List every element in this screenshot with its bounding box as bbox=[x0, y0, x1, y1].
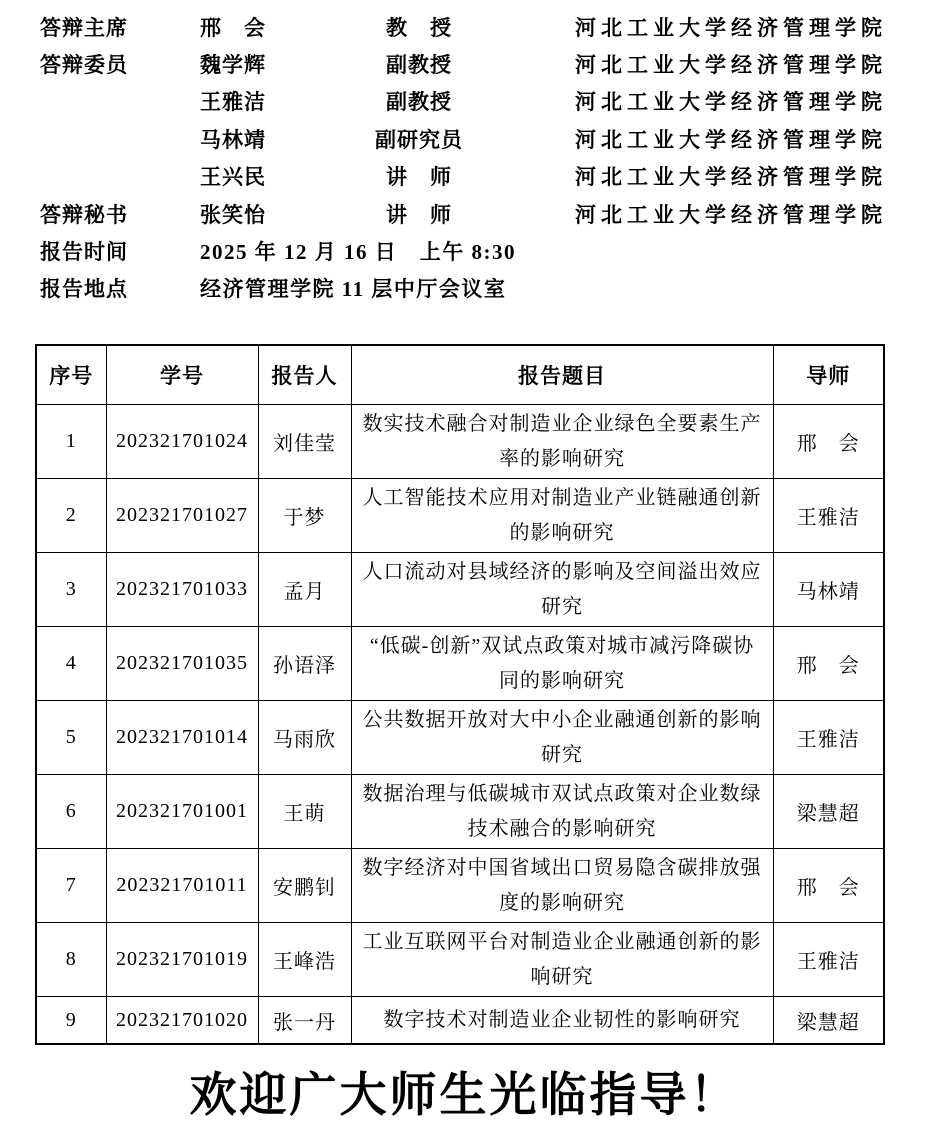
cell-presenter: 张一丹 bbox=[258, 997, 351, 1045]
member-title: 副教授 bbox=[363, 86, 475, 116]
location-value: 经济管理学院 11 层中厅会议室 bbox=[200, 273, 929, 303]
table-row: 8 202321701019 王峰浩 工业互联网平台对制造业企业融通创新的影响研… bbox=[36, 923, 884, 997]
defense-info-section: 答辩主席 邢 会 教 授 河北工业大学经济管理学院 答辩委员 魏学辉 副教授 河… bbox=[0, 0, 929, 307]
cell-advisor: 王雅洁 bbox=[773, 923, 884, 997]
cell-seq: 2 bbox=[36, 479, 106, 553]
cell-advisor: 梁慧超 bbox=[773, 775, 884, 849]
member-title: 副研究员 bbox=[363, 124, 475, 154]
info-row-member: 王兴民 讲 师 河北工业大学经济管理学院 bbox=[40, 158, 929, 195]
cell-seq: 5 bbox=[36, 701, 106, 775]
welcome-message: 欢迎广大师生光临指导！ bbox=[0, 1065, 929, 1125]
member-title: 副教授 bbox=[363, 49, 475, 79]
header-seq: 序号 bbox=[36, 345, 106, 405]
cell-presenter: 王萌 bbox=[258, 775, 351, 849]
cell-presenter: 于梦 bbox=[258, 479, 351, 553]
chair-org: 河北工业大学经济管理学院 bbox=[475, 12, 929, 42]
table-row: 7 202321701011 安鹏钊 数字经济对中国省域出口贸易隐含碳排放强度的… bbox=[36, 849, 884, 923]
cell-topic: “低碳-创新”双试点政策对城市减污降碳协同的影响研究 bbox=[351, 627, 773, 701]
cell-topic: 数据治理与低碳城市双试点政策对企业数绿技术融合的影响研究 bbox=[351, 775, 773, 849]
cell-student-id: 202321701014 bbox=[106, 701, 258, 775]
defense-announcement-page: 答辩主席 邢 会 教 授 河北工业大学经济管理学院 答辩委员 魏学辉 副教授 河… bbox=[0, 0, 929, 1146]
cell-topic: 数实技术融合对制造业企业绿色全要素生产率的影响研究 bbox=[351, 405, 773, 479]
secretary-label: 答辩秘书 bbox=[40, 199, 200, 229]
cell-seq: 6 bbox=[36, 775, 106, 849]
table-row: 1 202321701024 刘佳莹 数实技术融合对制造业企业绿色全要素生产率的… bbox=[36, 405, 884, 479]
cell-presenter: 王峰浩 bbox=[258, 923, 351, 997]
cell-seq: 3 bbox=[36, 553, 106, 627]
table-row: 4 202321701035 孙语泽 “低碳-创新”双试点政策对城市减污降碳协同… bbox=[36, 627, 884, 701]
cell-seq: 7 bbox=[36, 849, 106, 923]
cell-topic: 人工智能技术应用对制造业产业链融通创新的影响研究 bbox=[351, 479, 773, 553]
cell-presenter: 马雨欣 bbox=[258, 701, 351, 775]
info-row-member: 马林靖 副研究员 河北工业大学经济管理学院 bbox=[40, 120, 929, 157]
member-name: 马林靖 bbox=[200, 124, 363, 154]
table-header-row: 序号 学号 报告人 报告题目 导师 bbox=[36, 345, 884, 405]
cell-student-id: 202321701019 bbox=[106, 923, 258, 997]
header-student-id: 学号 bbox=[106, 345, 258, 405]
cell-topic: 公共数据开放对大中小企业融通创新的影响研究 bbox=[351, 701, 773, 775]
cell-seq: 8 bbox=[36, 923, 106, 997]
info-row-chair: 答辩主席 邢 会 教 授 河北工业大学经济管理学院 bbox=[40, 8, 929, 45]
cell-topic: 数字经济对中国省域出口贸易隐含碳排放强度的影响研究 bbox=[351, 849, 773, 923]
cell-student-id: 202321701011 bbox=[106, 849, 258, 923]
cell-student-id: 202321701035 bbox=[106, 627, 258, 701]
info-row-member: 王雅洁 副教授 河北工业大学经济管理学院 bbox=[40, 83, 929, 120]
header-topic: 报告题目 bbox=[351, 345, 773, 405]
cell-student-id: 202321701001 bbox=[106, 775, 258, 849]
member-label: 答辩委员 bbox=[40, 49, 200, 79]
defense-schedule-table: 序号 学号 报告人 报告题目 导师 1 202321701024 刘佳莹 数实技… bbox=[35, 344, 885, 1045]
cell-seq: 4 bbox=[36, 627, 106, 701]
cell-advisor: 邢 会 bbox=[773, 849, 884, 923]
chair-label: 答辩主席 bbox=[40, 12, 200, 42]
member-org: 河北工业大学经济管理学院 bbox=[475, 161, 929, 191]
info-row-member: 答辩委员 魏学辉 副教授 河北工业大学经济管理学院 bbox=[40, 45, 929, 82]
cell-topic: 数字技术对制造业企业韧性的影响研究 bbox=[351, 997, 773, 1045]
cell-advisor: 梁慧超 bbox=[773, 997, 884, 1045]
member-org: 河北工业大学经济管理学院 bbox=[475, 49, 929, 79]
time-value: 2025 年 12 月 16 日 上午 8:30 bbox=[200, 236, 929, 266]
time-label: 报告时间 bbox=[40, 236, 200, 266]
location-label: 报告地点 bbox=[40, 273, 200, 303]
secretary-org: 河北工业大学经济管理学院 bbox=[475, 199, 929, 229]
cell-advisor: 王雅洁 bbox=[773, 701, 884, 775]
member-name: 王兴民 bbox=[200, 161, 363, 191]
cell-presenter: 孙语泽 bbox=[258, 627, 351, 701]
info-row-secretary: 答辩秘书 张笑怡 讲 师 河北工业大学经济管理学院 bbox=[40, 195, 929, 232]
cell-advisor: 邢 会 bbox=[773, 405, 884, 479]
cell-student-id: 202321701020 bbox=[106, 997, 258, 1045]
table-row: 2 202321701027 于梦 人工智能技术应用对制造业产业链融通创新的影响… bbox=[36, 479, 884, 553]
cell-student-id: 202321701033 bbox=[106, 553, 258, 627]
member-name: 王雅洁 bbox=[200, 86, 363, 116]
cell-advisor: 邢 会 bbox=[773, 627, 884, 701]
cell-seq: 1 bbox=[36, 405, 106, 479]
info-row-location: 报告地点 经济管理学院 11 层中厅会议室 bbox=[40, 270, 929, 307]
table-row: 9 202321701020 张一丹 数字技术对制造业企业韧性的影响研究 梁慧超 bbox=[36, 997, 884, 1045]
header-presenter: 报告人 bbox=[258, 345, 351, 405]
member-name: 魏学辉 bbox=[200, 49, 363, 79]
header-advisor: 导师 bbox=[773, 345, 884, 405]
secretary-title: 讲 师 bbox=[363, 199, 475, 229]
secretary-name: 张笑怡 bbox=[200, 199, 363, 229]
cell-seq: 9 bbox=[36, 997, 106, 1045]
member-org: 河北工业大学经济管理学院 bbox=[475, 124, 929, 154]
cell-student-id: 202321701024 bbox=[106, 405, 258, 479]
table-row: 6 202321701001 王萌 数据治理与低碳城市双试点政策对企业数绿技术融… bbox=[36, 775, 884, 849]
info-row-time: 报告时间 2025 年 12 月 16 日 上午 8:30 bbox=[40, 232, 929, 269]
chair-title: 教 授 bbox=[363, 12, 475, 42]
cell-presenter: 安鹏钊 bbox=[258, 849, 351, 923]
cell-advisor: 王雅洁 bbox=[773, 479, 884, 553]
cell-topic: 工业互联网平台对制造业企业融通创新的影响研究 bbox=[351, 923, 773, 997]
chair-name: 邢 会 bbox=[200, 12, 363, 42]
table-row: 3 202321701033 孟月 人口流动对县域经济的影响及空间溢出效应研究 … bbox=[36, 553, 884, 627]
cell-topic: 人口流动对县域经济的影响及空间溢出效应研究 bbox=[351, 553, 773, 627]
table-row: 5 202321701014 马雨欣 公共数据开放对大中小企业融通创新的影响研究… bbox=[36, 701, 884, 775]
cell-presenter: 孟月 bbox=[258, 553, 351, 627]
cell-student-id: 202321701027 bbox=[106, 479, 258, 553]
member-title: 讲 师 bbox=[363, 161, 475, 191]
member-org: 河北工业大学经济管理学院 bbox=[475, 86, 929, 116]
cell-presenter: 刘佳莹 bbox=[258, 405, 351, 479]
cell-advisor: 马林靖 bbox=[773, 553, 884, 627]
